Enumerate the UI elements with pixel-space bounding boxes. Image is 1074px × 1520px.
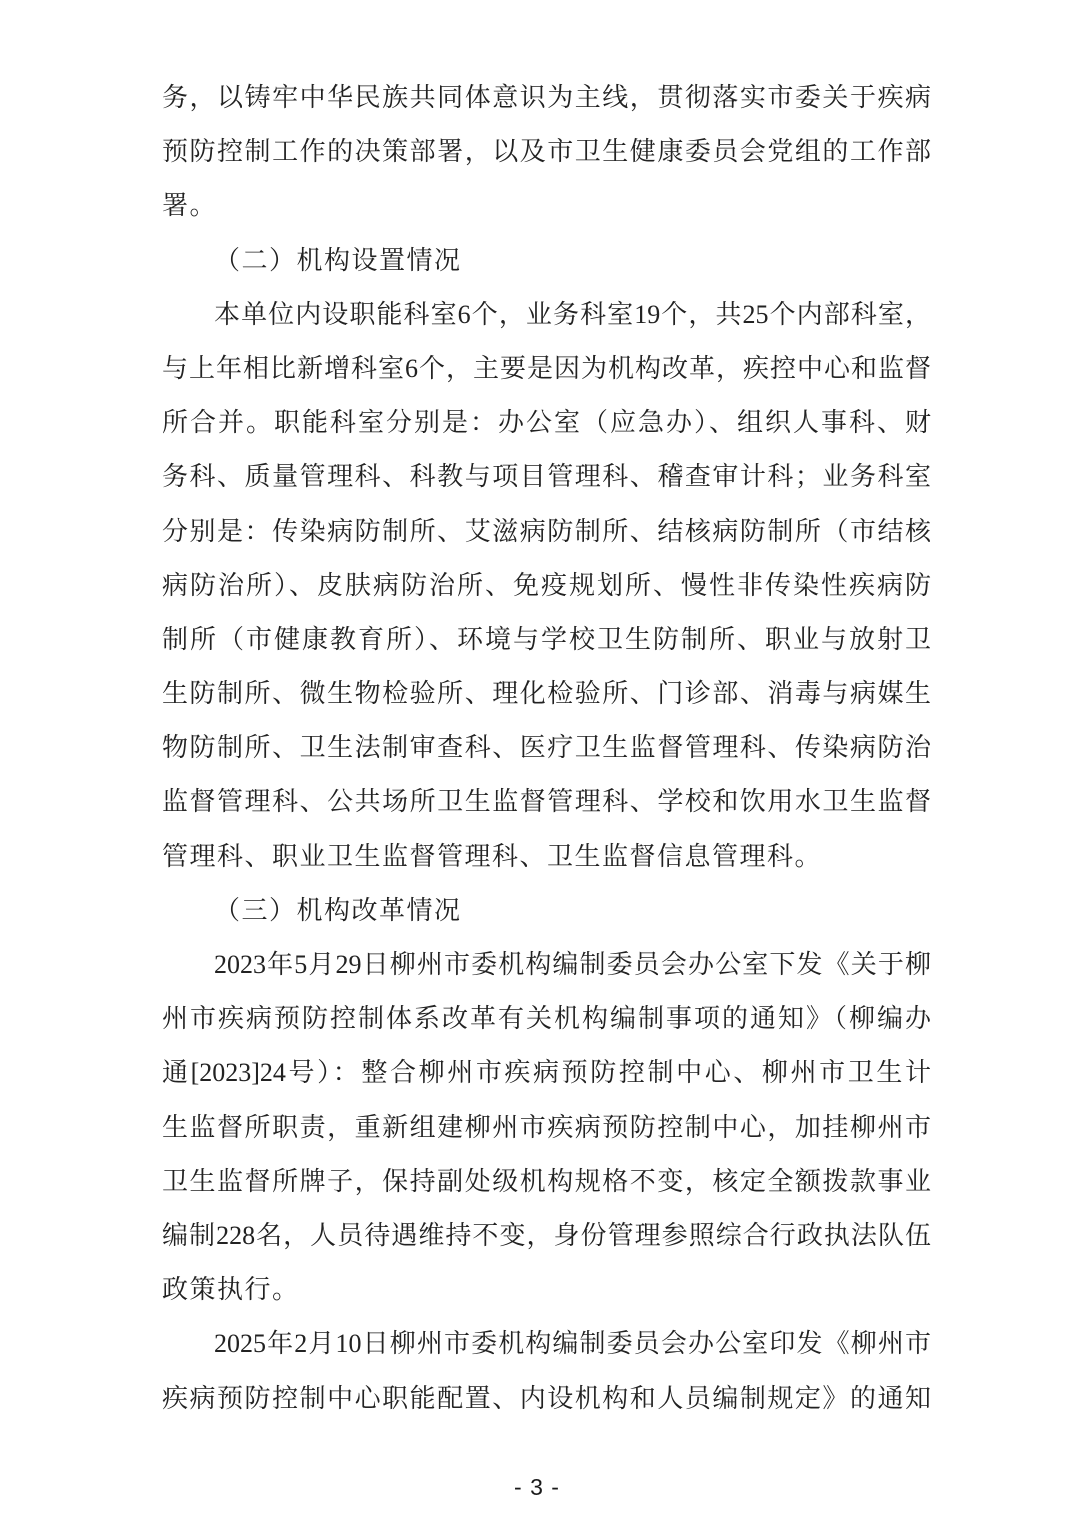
- document-line: 本单位内设职能科室6个，业务科室19个，共25个内部科室，: [162, 288, 931, 342]
- document-line: 生防制所、微生物检验所、理化检验所、门诊部、消毒与病媒生: [162, 667, 931, 721]
- document-line: 2025年2月10日柳州市委机构编制委员会办公室印发《柳州市: [162, 1317, 931, 1371]
- document-line: 物防制所、卫生法制审查科、医疗卫生监督管理科、传染病防治: [162, 721, 931, 775]
- document-line: 生监督所职责，重新组建柳州市疾病预防控制中心，加挂柳州市: [162, 1101, 931, 1155]
- paragraph: 本单位内设职能科室6个，业务科室19个，共25个内部科室， 与上年相比新增科室6…: [162, 288, 931, 884]
- document-line: 制所（市健康教育所）、环境与学校卫生防制所、职业与放射卫: [162, 613, 931, 667]
- page-number: - 3 -: [0, 1474, 1074, 1501]
- document-line: 2023年5月29日柳州市委机构编制委员会办公室下发《关于柳: [162, 938, 931, 992]
- document-page: 务，以铸牢中华民族共同体意识为主线，贯彻落实市委关于疾病 预防控制工作的决策部署…: [0, 0, 1074, 1520]
- document-line: 政策执行。: [162, 1263, 931, 1317]
- paragraph: 务，以铸牢中华民族共同体意识为主线，贯彻落实市委关于疾病 预防控制工作的决策部署…: [162, 71, 931, 234]
- document-line: 务，以铸牢中华民族共同体意识为主线，贯彻落实市委关于疾病: [162, 71, 931, 125]
- document-line: 务科、质量管理科、科教与项目管理科、稽查审计科；业务科室: [162, 450, 931, 504]
- document-line: 预防控制工作的决策部署，以及市卫生健康委员会党组的工作部: [162, 125, 931, 179]
- paragraph: 2025年2月10日柳州市委机构编制委员会办公室印发《柳州市 疾病预防控制中心职…: [162, 1317, 931, 1425]
- section-heading: （二）机构设置情况: [162, 234, 931, 288]
- document-line: 与上年相比新增科室6个，主要是因为机构改革，疾控中心和监督: [162, 342, 931, 396]
- document-line: 监督管理科、公共场所卫生监督管理科、学校和饮用水卫生监督: [162, 775, 931, 829]
- document-line: 病防治所）、皮肤病防治所、免疫规划所、慢性非传染性疾病防: [162, 559, 931, 613]
- document-line: 所合并。职能科室分别是：办公室（应急办）、组织人事科、财: [162, 396, 931, 450]
- paragraph: （三）机构改革情况: [162, 884, 931, 938]
- document-line: 州市疾病预防控制体系改革有关机构编制事项的通知》（柳编办: [162, 992, 931, 1046]
- paragraph: 2023年5月29日柳州市委机构编制委员会办公室下发《关于柳 州市疾病预防控制体…: [162, 938, 931, 1317]
- document-line: 分别是：传染病防制所、艾滋病防制所、结核病防制所（市结核: [162, 505, 931, 559]
- document-line: 疾病预防控制中心职能配置、内设机构和人员编制规定》的通知: [162, 1372, 931, 1426]
- document-line: 通[2023]24号）：整合柳州市疾病预防控制中心、柳州市卫生计: [162, 1046, 931, 1100]
- document-body: 务，以铸牢中华民族共同体意识为主线，贯彻落实市委关于疾病 预防控制工作的决策部署…: [162, 71, 931, 1426]
- document-line: 署。: [162, 179, 931, 233]
- document-line: 卫生监督所牌子，保持副处级机构规格不变，核定全额拨款事业: [162, 1155, 931, 1209]
- paragraph: （二）机构设置情况: [162, 234, 931, 288]
- section-heading: （三）机构改革情况: [162, 884, 931, 938]
- document-line: 管理科、职业卫生监督管理科、卫生监督信息管理科。: [162, 830, 931, 884]
- document-line: 编制228名，人员待遇维持不变，身份管理参照综合行政执法队伍: [162, 1209, 931, 1263]
